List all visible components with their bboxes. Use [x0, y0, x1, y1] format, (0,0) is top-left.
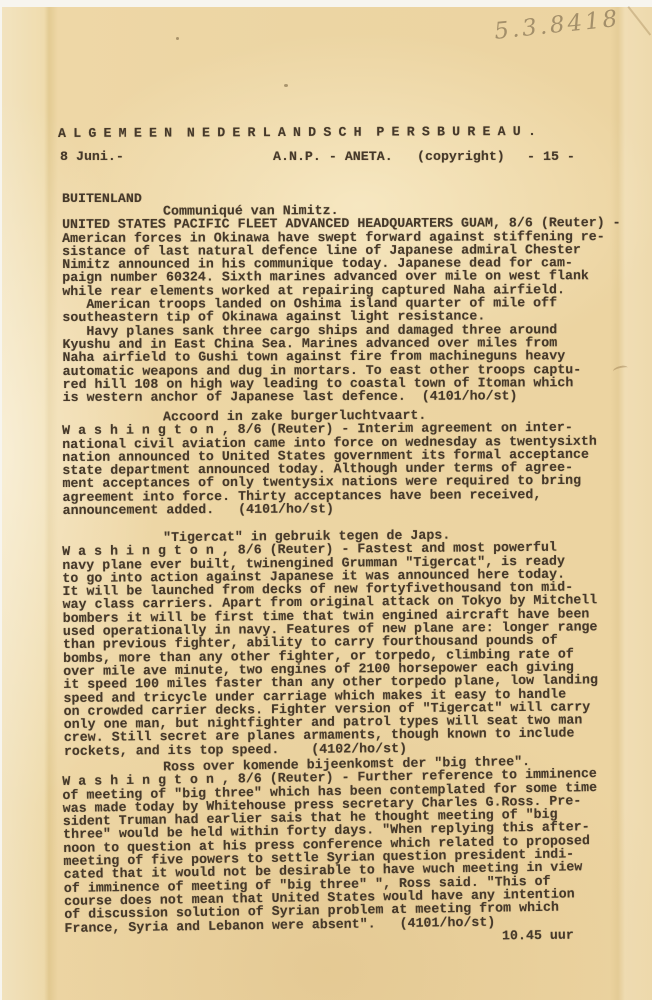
article-civil-aviation: Accoord in zake burgerluchtvaart. W a s … [62, 408, 631, 518]
article-body: W a s h i n g t o n , 8/6 (Reuter) - Int… [62, 421, 631, 518]
article-body: W a s h i n g t o n , 8/6 (Reuter) - Fur… [62, 767, 632, 935]
masthead: A L G E M E E N N E D E R L A N D S C H … [58, 124, 536, 141]
page-number: - 15 - [527, 149, 575, 164]
footer-time: 10.45 uur [502, 928, 574, 944]
section-label-buitenland: BUITENLAND [62, 191, 142, 206]
article-body: W a s h i n g t o n , 8/6 (Reuter) - Fas… [62, 540, 632, 758]
article-nimitz-communique: Communiqué van Nimitz. UNITED STATES PAC… [62, 203, 631, 404]
article-big-three: Ross over komende bijeenkomst der "big t… [62, 754, 633, 935]
article-tigercat: "Tigercat" in gebruik tegen de Japs. W a… [62, 527, 632, 758]
agency-name: A.N.P. - ANETA. [273, 149, 393, 164]
ink-speck [284, 84, 288, 87]
ink-speck [176, 37, 179, 40]
date-label: 8 Juni.- [60, 149, 124, 164]
document-scan: 5.3.8418 A L G E M E E N N E D E R L A N… [0, 0, 652, 1000]
article-body: UNITED STATES PACIFIC FLEET ADVANCED HEA… [62, 216, 631, 404]
copyright-label: (copyright) [417, 149, 505, 164]
